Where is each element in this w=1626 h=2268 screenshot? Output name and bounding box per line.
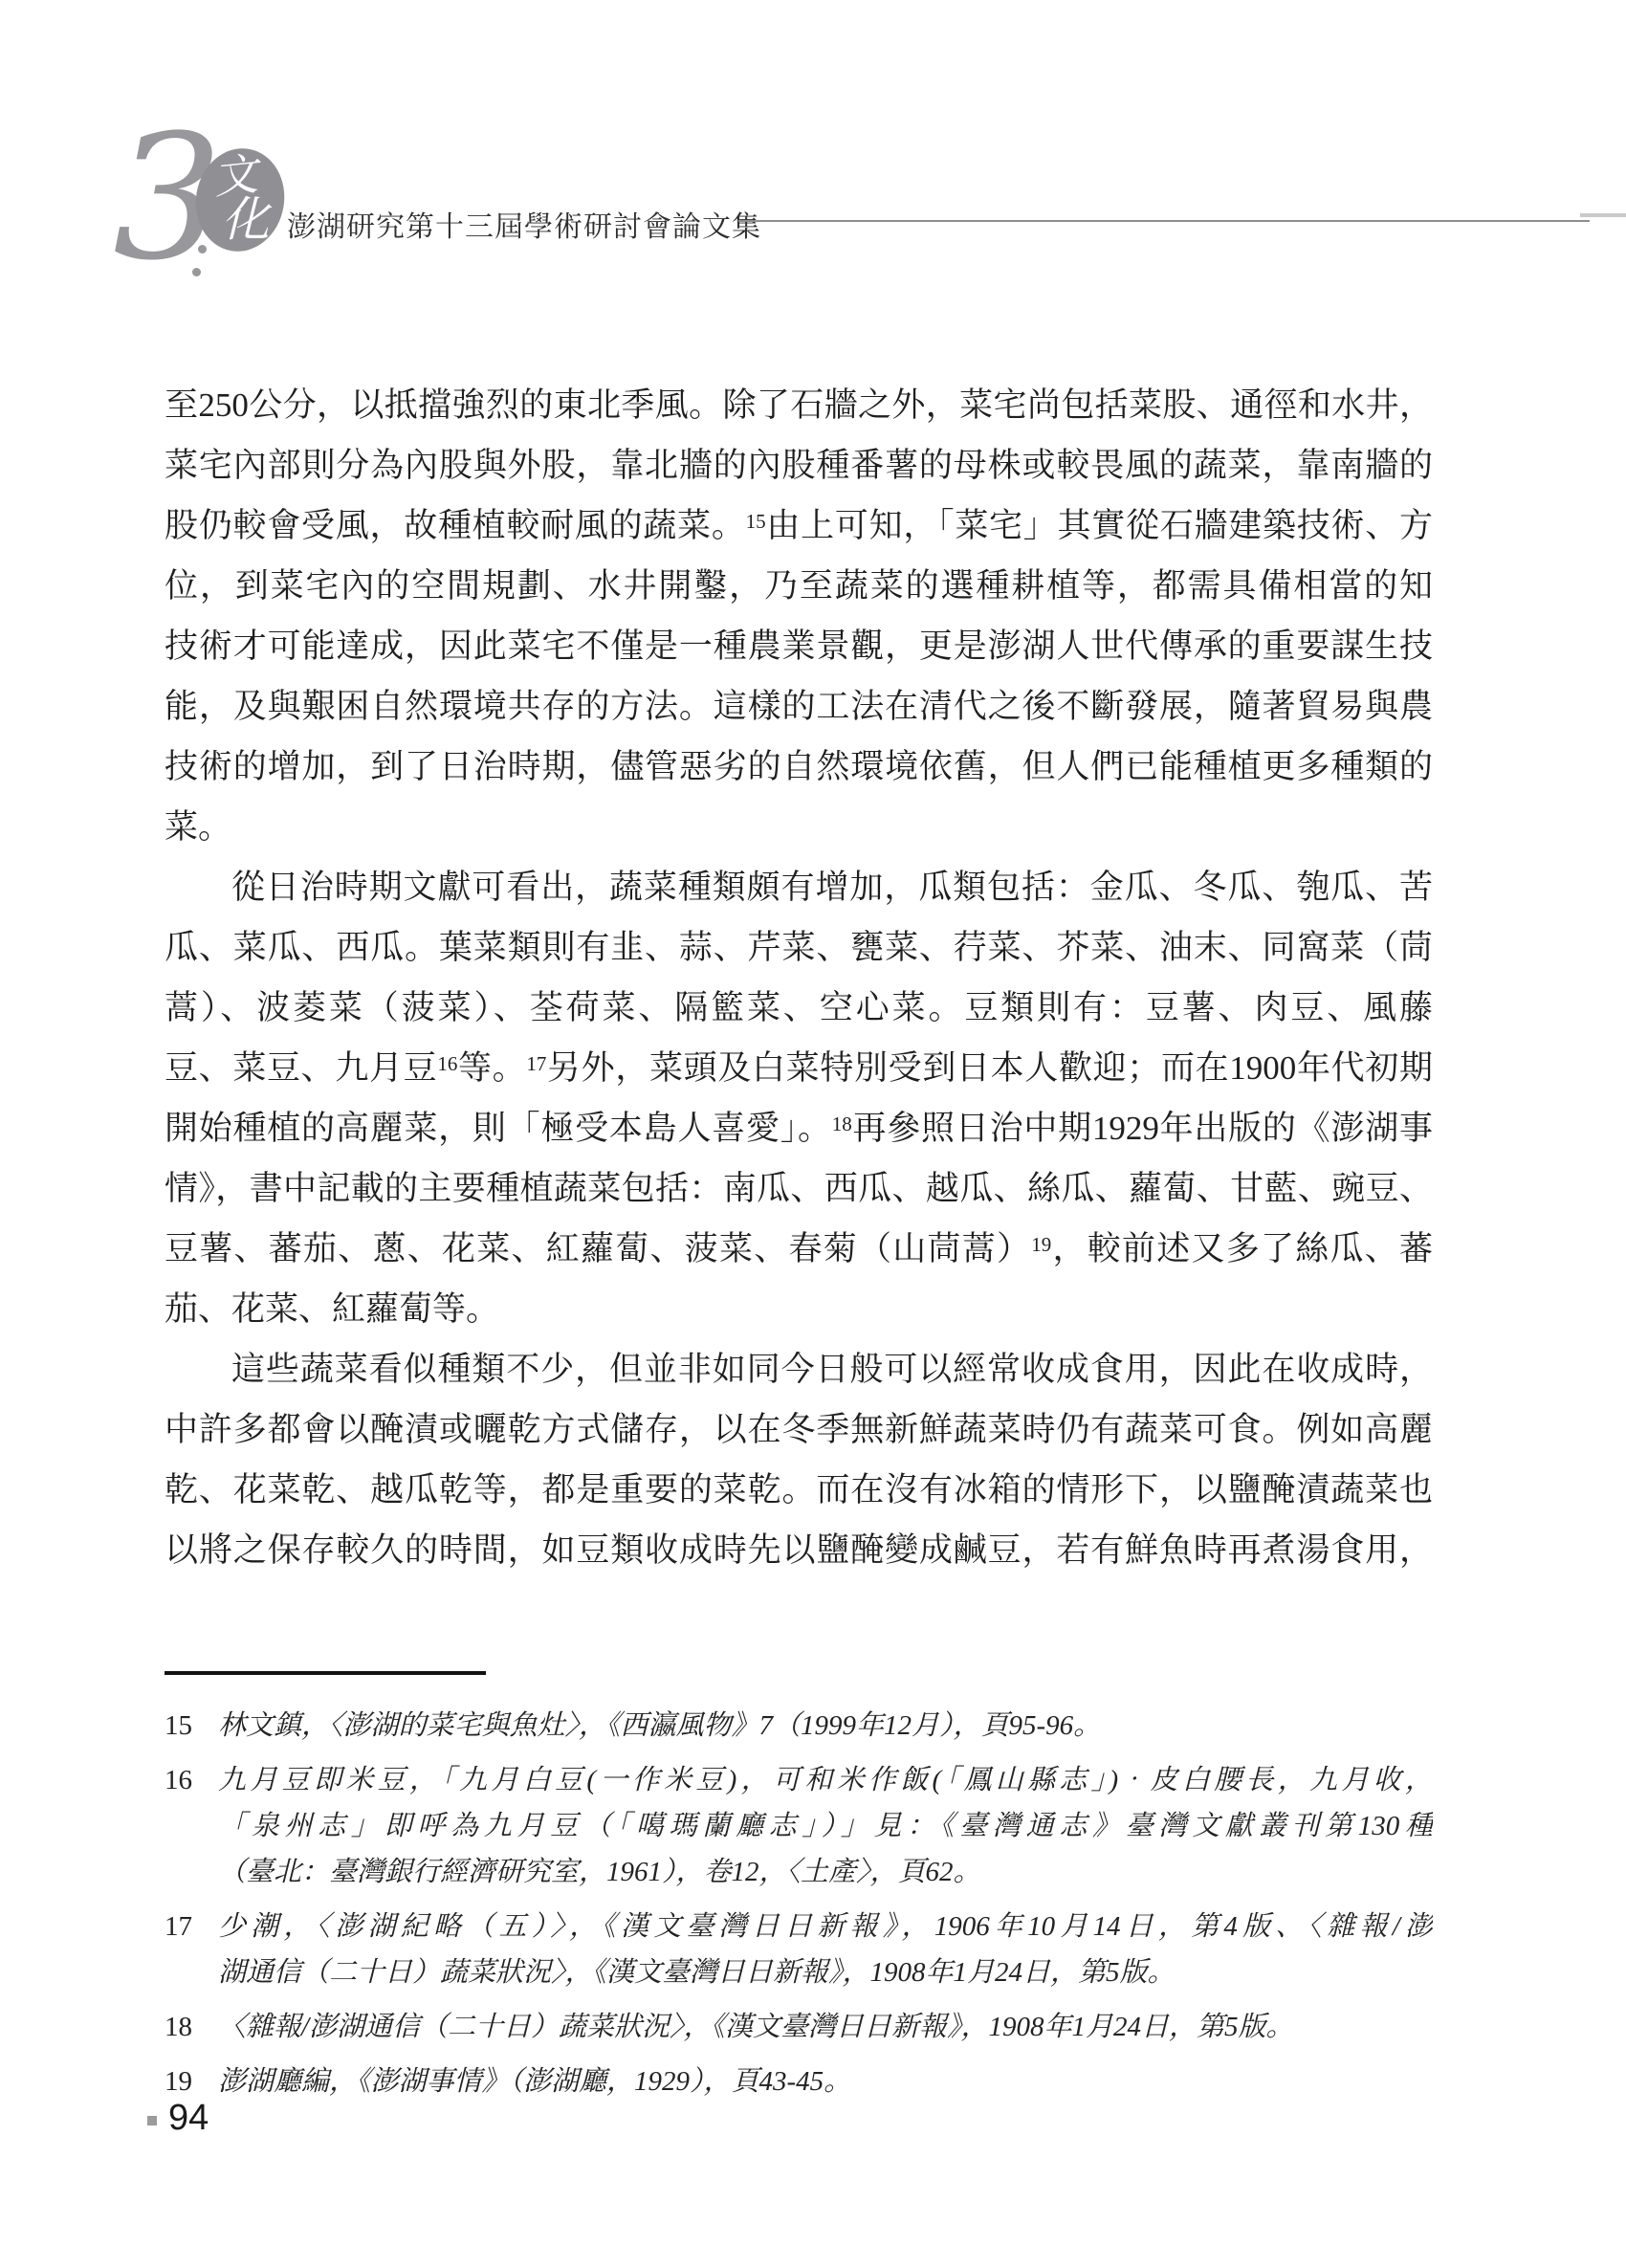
body-text: 至250公分，以抵擋強烈的東北季風。除了石牆之外，菜宅尚包括菜股、通徑和水井，菜… — [165, 375, 1433, 1580]
body-line: 位，到菜宅內的空間規劃、水井開鑿，乃至蔬菜的選種耕植等，都需具備相當的知識、 — [165, 556, 1433, 616]
footnote-reference: 18 — [832, 1112, 852, 1135]
body-line: 瓜、菜瓜、西瓜。葉菜類則有韭、蒜、芹菜、甕菜、荇菜、芥菜、油末、同窩菜（茼 — [165, 917, 1433, 978]
body-line: 至250公分，以抵擋強烈的東北季風。除了石牆之外，菜宅尚包括菜股、通徑和水井， — [165, 375, 1433, 435]
body-line: 技術才可能達成，因此菜宅不僅是一種農業景觀，更是澎湖人世代傳承的重要謀生技 — [165, 616, 1433, 676]
footnote-block: 15林文鎮，〈澎湖的菜宅與魚灶〉，《西瀛風物》7（1999年12月），頁95-9… — [165, 1703, 1433, 2113]
footnote-line: 林文鎮，〈澎湖的菜宅與魚灶〉，《西瀛風物》7（1999年12月），頁95-96。 — [218, 1703, 1433, 1749]
header-rule-light — [1580, 213, 1626, 217]
footnote: 18〈雜報/澎湖通信（二十日）蔬菜狀況〉，《漢文臺灣日日新報》，1908年1月2… — [165, 2004, 1433, 2050]
footnote-reference: 15 — [746, 510, 766, 533]
footnote-line: 九月豆即米豆，「九月白豆(一作米豆)，可和米作飯(「鳳山縣志」)‧皮白腰長，九月… — [218, 1757, 1433, 1803]
page-number: 94 — [168, 2097, 209, 2139]
body-line: 豆薯、蕃茄、蔥、花菜、紅蘿蔔、菠菜、春菊（山茼蒿）19，較前述又多了絲瓜、蕃 — [165, 1219, 1433, 1279]
footnote: 19澎湖廳編，《澎湖事情》（澎湖廳，1929），頁43-45。 — [165, 2059, 1433, 2104]
footnote-line: 少潮，〈澎湖紀略（五）〉，《漢文臺灣日日新報》，1906年10月14日，第4版、… — [218, 1904, 1433, 1949]
body-line: 豆、菜豆、九月豆16等。17另外，菜頭及白菜特別受到日本人歡迎；而在1900年代… — [165, 1038, 1433, 1098]
footnote-number: 18 — [165, 2004, 192, 2050]
logo-dot-icon — [192, 268, 201, 276]
footnote-number: 17 — [165, 1904, 192, 1949]
footnote-separator-rule — [165, 1671, 486, 1675]
footnote-line: 「泉州志」即呼為九月豆（「噶瑪蘭廳志」）」見：《臺灣通志》臺灣文獻叢刊第130種 — [218, 1803, 1433, 1849]
footnote-reference: 19 — [1031, 1233, 1051, 1256]
footnote-reference: 17 — [526, 1052, 546, 1075]
footnote-number: 16 — [165, 1757, 192, 1803]
body-line: 以將之保存較久的時間，如豆類收成時先以鹽醃變成鹹豆，若有鮮魚時再煮湯食用，便 — [165, 1520, 1433, 1580]
footnote-line: （臺北：臺灣銀行經濟研究室，1961），卷12，〈土產〉，頁62。 — [218, 1849, 1433, 1895]
body-line: 從日治時期文獻可看出，蔬菜種類頗有增加，瓜類包括：金瓜、冬瓜、匏瓜、苦 — [165, 857, 1433, 917]
footnote-line: 湖通信（二十日）蔬菜狀況〉，《漢文臺灣日日新報》，1908年1月24日，第5版。 — [218, 1949, 1433, 1995]
badge-char-hua: 化 — [222, 195, 270, 243]
footnote-line: 〈雜報/澎湖通信（二十日）蔬菜狀況〉，《漢文臺灣日日新報》，1908年1月24日… — [218, 2004, 1433, 2050]
body-line: 蒿）、波菱菜（菠菜）、荃荷菜、隔籃菜、空心菜。豆類則有：豆薯、肉豆、風藤 — [165, 978, 1433, 1038]
body-line: 中許多都會以醃漬或曬乾方式儲存，以在冬季無新鮮蔬菜時仍有蔬菜可食。例如高麗菜 — [165, 1399, 1433, 1460]
body-line: 技術的增加，到了日治時期，儘管惡劣的自然環境依舊，但人們已能種植更多種類的蔬 — [165, 737, 1433, 797]
footnote-reference: 16 — [437, 1052, 457, 1075]
body-line: 開始種植的高麗菜，則「極受本島人喜愛」。18再參照日治中期1929年出版的《澎湖… — [165, 1098, 1433, 1158]
footnote-number: 15 — [165, 1703, 192, 1749]
page-number-bullet-icon — [147, 2116, 157, 2125]
footnote-line: 澎湖廳編，《澎湖事情》（澎湖廳，1929），頁43-45。 — [218, 2059, 1433, 2104]
body-line: 這些蔬菜看似種類不少，但並非如同今日般可以經常收成食用，因此在收成時，其 — [165, 1339, 1433, 1399]
footnote: 15林文鎮，〈澎湖的菜宅與魚灶〉，《西瀛風物》7（1999年12月），頁95-9… — [165, 1703, 1433, 1749]
body-line: 情》，書中記載的主要種植蔬菜包括：南瓜、西瓜、越瓜、絲瓜、蘿蔔、甘藍、豌豆、 — [165, 1158, 1433, 1219]
body-line: 能，及與艱困自然環境共存的方法。這樣的工法在清代之後不斷發展，隨著貿易與農業 — [165, 676, 1433, 737]
body-line: 菜宅內部則分為內股與外股，靠北牆的內股種番薯的母株或較畏風的蔬菜，靠南牆的外 — [165, 435, 1433, 495]
footnote: 17少潮，〈澎湖紀略（五）〉，《漢文臺灣日日新報》，1906年10月14日，第4… — [165, 1904, 1433, 1995]
body-line: 乾、花菜乾、越瓜乾等，都是重要的菜乾。而在沒有冰箱的情形下，以鹽醃漬蔬菜也可 — [165, 1460, 1433, 1520]
body-line: 茄、花菜、紅蘿蔔等。 — [165, 1279, 1433, 1339]
document-page: 3 文 化 澎湖研究第十三屆學術研討會論文集 至250公分，以抵擋強烈的東北季風… — [0, 0, 1626, 2268]
header-rule — [738, 220, 1590, 222]
body-line: 菜。 — [165, 797, 1433, 857]
running-head-title: 澎湖研究第十三屆學術研討會論文集 — [287, 210, 761, 245]
footnote: 16九月豆即米豆，「九月白豆(一作米豆)，可和米作飯(「鳳山縣志」)‧皮白腰長，… — [165, 1757, 1433, 1895]
body-line: 股仍較會受風，故種植較耐風的蔬菜。15由上可知，「菜宅」其實從石牆建築技術、方 — [165, 495, 1433, 556]
logo-dot-icon — [198, 245, 207, 253]
